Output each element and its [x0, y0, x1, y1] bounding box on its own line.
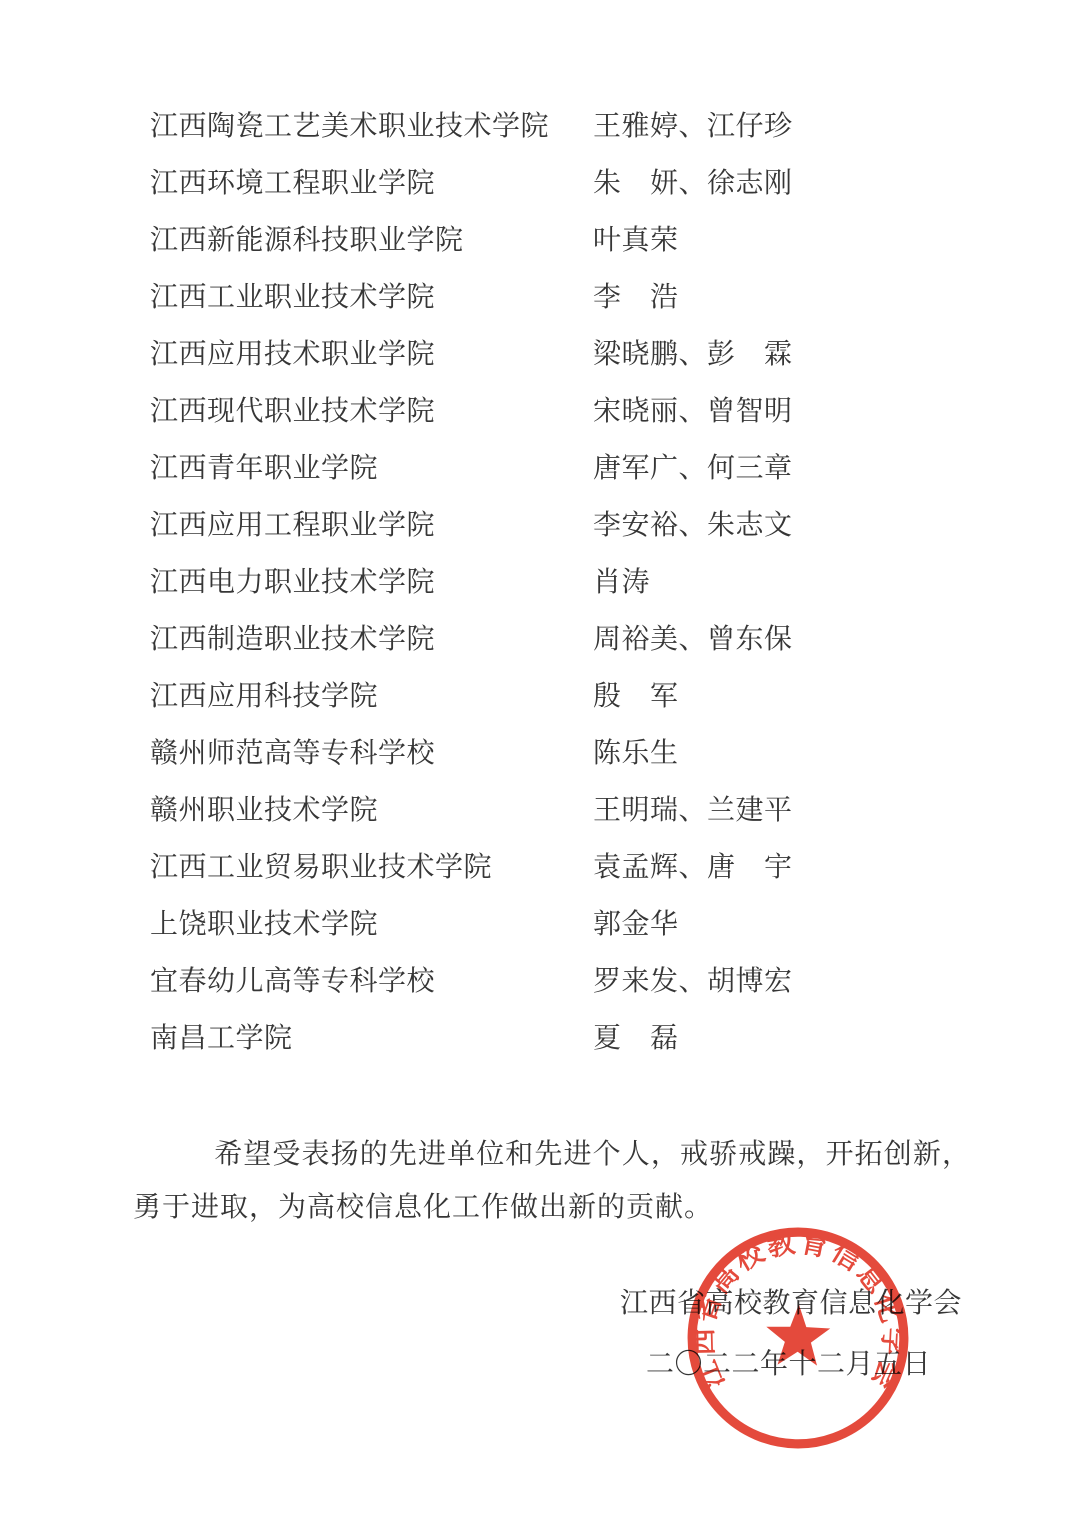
institution-name: 江西陶瓷工艺美术职业技术学院 [150, 112, 593, 142]
roster-row: 江西现代职业技术学院 宋晓丽、曾智明 [150, 397, 1010, 454]
roster-row: 江西应用技术职业学院 梁晓鹏、彭 霖 [150, 340, 1010, 397]
institution-name: 江西新能源科技职业学院 [150, 226, 593, 256]
issue-date: 二〇二二年十二月五日 [646, 1342, 931, 1382]
institution-name: 江西工业贸易职业技术学院 [150, 853, 593, 883]
awardee-names: 朱 妍、徐志刚 [593, 169, 793, 199]
institution-name: 赣州职业技术学院 [150, 796, 593, 826]
awardee-names: 郭金华 [593, 910, 679, 940]
roster-row: 南昌工学院 夏 磊 [150, 1024, 1010, 1081]
roster-row: 江西电力职业技术学院 肖涛 [150, 568, 1010, 625]
institution-name: 江西电力职业技术学院 [150, 568, 593, 598]
seal-graphic: 江西省高校教育信息化学会 [681, 1221, 915, 1455]
awardee-names: 殷 军 [593, 682, 679, 712]
institution-name: 赣州师范高等专科学校 [150, 739, 593, 769]
awardee-names: 袁孟辉、唐 宇 [593, 853, 793, 883]
awardee-names: 夏 磊 [593, 1024, 679, 1054]
awardee-names: 周裕美、曾东保 [593, 625, 793, 655]
awardee-names: 李 浩 [593, 283, 679, 313]
awardee-names: 罗来发、胡博宏 [593, 967, 793, 997]
awardee-names: 宋晓丽、曾智明 [593, 397, 793, 427]
roster-row: 上饶职业技术学院 郭金华 [150, 910, 1010, 967]
institution-name: 宜春幼儿高等专科学校 [150, 967, 593, 997]
roster-row: 江西应用工程职业学院 李安裕、朱志文 [150, 511, 1010, 568]
awardee-names: 王雅婷、江仔珍 [593, 112, 793, 142]
official-seal: 江西省高校教育信息化学会 [681, 1221, 915, 1455]
roster-row: 江西应用科技学院 殷 军 [150, 682, 1010, 739]
institution-name: 江西环境工程职业学院 [150, 169, 593, 199]
roster-row: 江西环境工程职业学院 朱 妍、徐志刚 [150, 169, 1010, 226]
roster-row: 江西制造职业技术学院 周裕美、曾东保 [150, 625, 1010, 682]
roster-row: 江西陶瓷工艺美术职业技术学院 王雅婷、江仔珍 [150, 112, 1010, 169]
institution-name: 上饶职业技术学院 [150, 910, 593, 940]
roster-row: 赣州师范高等专科学校 陈乐生 [150, 739, 1010, 796]
awardee-names: 叶真荣 [593, 226, 679, 256]
roster-row: 江西新能源科技职业学院 叶真荣 [150, 226, 1010, 283]
awardee-names: 肖涛 [593, 568, 650, 598]
seal-ring [689, 1229, 906, 1446]
awardee-names: 陈乐生 [593, 739, 679, 769]
awardee-names: 唐军广、何三章 [593, 454, 793, 484]
award-roster-list: 江西陶瓷工艺美术职业技术学院 王雅婷、江仔珍 江西环境工程职业学院 朱 妍、徐志… [150, 112, 1010, 1081]
roster-row: 江西工业职业技术学院 李 浩 [150, 283, 1010, 340]
roster-row: 江西工业贸易职业技术学院 袁孟辉、唐 宇 [150, 853, 1010, 910]
closing-paragraph: 希望受表扬的先进单位和先进个人，戒骄戒躁，开拓创新，勇于进取，为高校信息化工作做… [133, 1128, 971, 1234]
roster-row: 江西青年职业学院 唐军广、何三章 [150, 454, 1010, 511]
institution-name: 江西应用技术职业学院 [150, 340, 593, 370]
institution-name: 江西工业职业技术学院 [150, 283, 593, 313]
institution-name: 南昌工学院 [150, 1024, 593, 1054]
institution-name: 江西应用工程职业学院 [150, 511, 593, 541]
institution-name: 江西制造职业技术学院 [150, 625, 593, 655]
roster-row: 赣州职业技术学院 王明瑞、兰建平 [150, 796, 1010, 853]
institution-name: 江西现代职业技术学院 [150, 397, 593, 427]
awardee-names: 王明瑞、兰建平 [593, 796, 793, 826]
roster-row: 宜春幼儿高等专科学校 罗来发、胡博宏 [150, 967, 1010, 1024]
document-page: 江西陶瓷工艺美术职业技术学院 王雅婷、江仔珍 江西环境工程职业学院 朱 妍、徐志… [0, 0, 1080, 1527]
awardee-names: 李安裕、朱志文 [593, 511, 793, 541]
awardee-names: 梁晓鹏、彭 霖 [593, 340, 793, 370]
institution-name: 江西应用科技学院 [150, 682, 593, 712]
institution-name: 江西青年职业学院 [150, 454, 593, 484]
issuer-name: 江西省高校教育信息化学会 [620, 1281, 962, 1321]
